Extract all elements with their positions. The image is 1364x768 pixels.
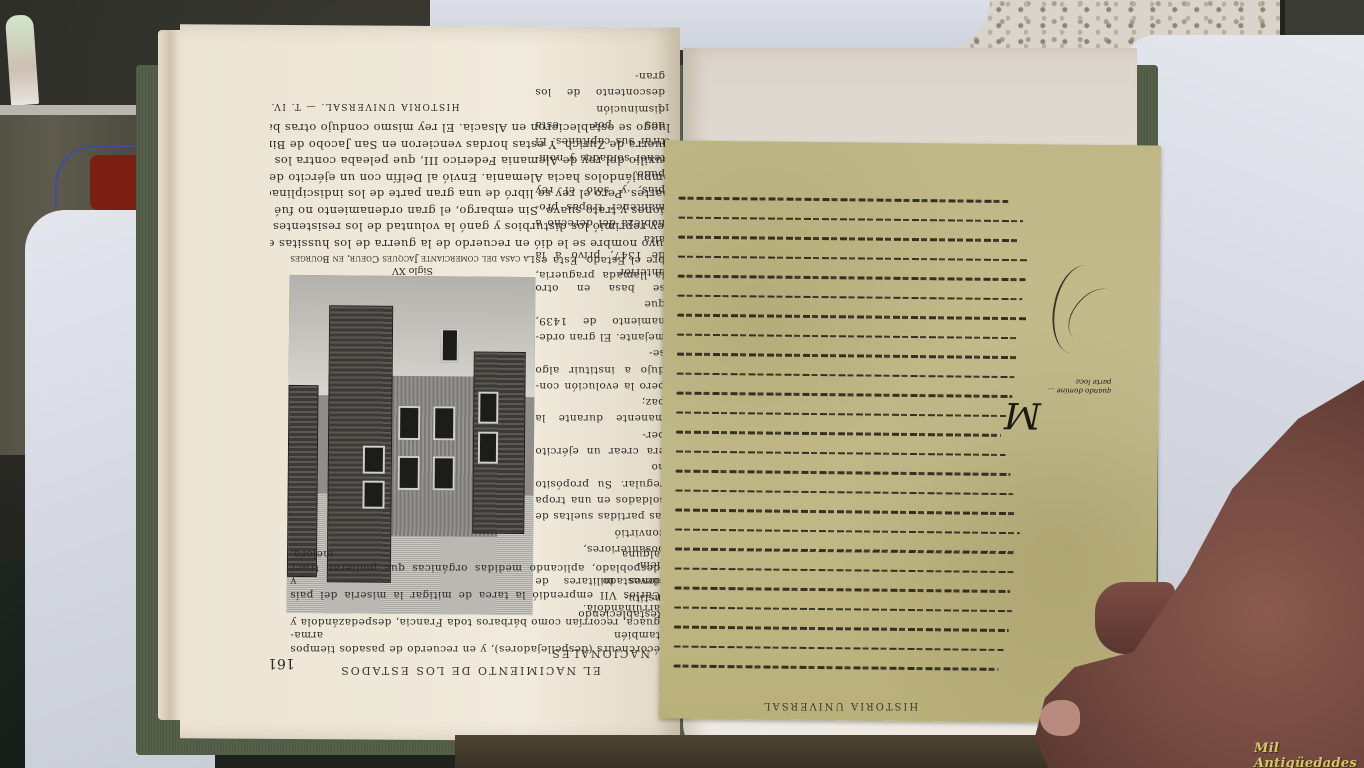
handwriting-line bbox=[676, 470, 1011, 476]
text-line: dos por esta disminución bbox=[535, 101, 665, 134]
handwriting-line bbox=[675, 528, 1020, 534]
engraving-window bbox=[362, 481, 384, 509]
handwriting-line bbox=[676, 450, 1006, 456]
engraving-window bbox=[478, 392, 498, 424]
text-line: bre el Estado. Esta es bbox=[535, 252, 665, 267]
text-line: mantener tropas pro- bbox=[535, 198, 665, 214]
blue-string bbox=[55, 145, 139, 209]
manuscript-facsimile-plate: M quando domine ... parte loca bbox=[659, 140, 1161, 723]
page-number: 161 bbox=[268, 655, 295, 671]
footer-note: HISTORIA UNIVERSAL. — T. IV. bbox=[270, 98, 459, 115]
handwriting-line bbox=[678, 197, 1008, 203]
text-line: era crear un ejército per- bbox=[535, 426, 665, 459]
engraving-window bbox=[433, 456, 455, 490]
engraving-window bbox=[363, 446, 385, 474]
engraving-reflection-window bbox=[441, 328, 459, 362]
handwriting-line bbox=[675, 509, 1015, 515]
text-line: regular. Su propósito no bbox=[535, 459, 665, 492]
handwriting-line bbox=[677, 333, 1017, 339]
handwriting-line bbox=[675, 489, 1013, 495]
handwriting-line bbox=[676, 431, 1001, 437]
right-page-running-footer: HISTORIA UNIVERSAL bbox=[740, 700, 940, 711]
handwriting-line bbox=[674, 645, 1004, 651]
handwriting-line bbox=[677, 353, 1019, 359]
handwriting-line bbox=[674, 665, 999, 671]
engraving-tower-left bbox=[327, 305, 393, 583]
caption-century: Siglo XV bbox=[290, 264, 535, 276]
engraving-window bbox=[398, 406, 420, 440]
thumbnail bbox=[1040, 700, 1080, 736]
handwriting-line bbox=[676, 392, 1012, 398]
handwriting-line bbox=[677, 314, 1027, 320]
text-line: tener soldados y nom- bbox=[535, 149, 665, 165]
handwriting-line bbox=[674, 626, 1009, 632]
text-line: nobleza del derecho a bbox=[535, 215, 665, 231]
text-line: manente durante la paz; bbox=[535, 394, 665, 427]
watermark-logo: Mil Antigüedades bbox=[1254, 741, 1364, 768]
text-line: las partidas sueltas de bbox=[535, 508, 665, 524]
text-line: tirar sus capitanes. El bbox=[535, 133, 665, 149]
text-line: despoblado, aplicando medidas orgánicas … bbox=[290, 547, 660, 574]
handwriting-line bbox=[674, 606, 1012, 612]
text-line: Carlos VII emprendió la tarea de mitigar… bbox=[290, 574, 660, 601]
handwriting-line bbox=[675, 567, 1017, 573]
handwriting-line bbox=[675, 548, 1015, 554]
book-spine-bottom bbox=[455, 735, 1055, 768]
illustration-caption: Siglo XV La casa del comerciante Jacques… bbox=[290, 246, 535, 276]
text-line: descontento de los gran- bbox=[535, 68, 665, 101]
text-line: dujo a instituir algo se- bbox=[535, 345, 665, 378]
handwriting-line bbox=[678, 216, 1023, 222]
text-line: pero la evolución con- bbox=[535, 378, 665, 394]
text-line: pias, y sólo el rey pudo bbox=[535, 166, 665, 199]
handwriting-line bbox=[676, 411, 1006, 417]
engraving-window bbox=[478, 432, 498, 464]
handwriting-line bbox=[678, 236, 1018, 242]
manuscript-margin-note: quando domine ... parte loca bbox=[1036, 376, 1111, 395]
text-line: guaca, recorrían como bárbaros toda Fran… bbox=[290, 601, 660, 628]
engraving-window bbox=[433, 406, 455, 440]
handwriting-line bbox=[677, 372, 1015, 378]
manuscript-initial: M bbox=[1004, 394, 1041, 435]
text-line: mejante. El gran orde- bbox=[535, 329, 665, 345]
running-header: EL NACIMIENTO DE LOS ESTADOS NACIONALES bbox=[290, 660, 650, 678]
side-column-top: la llamada pragueria, bre el Estado. Est… bbox=[535, 250, 665, 282]
caption-title: La casa del comerciante Jacques Coeur, e… bbox=[290, 252, 535, 264]
text-line: soldados en una tropa bbox=[535, 492, 665, 508]
handwriting-line bbox=[677, 294, 1022, 300]
manuscript-handwriting bbox=[673, 197, 1028, 701]
handwriting-line bbox=[678, 255, 1028, 261]
engraving-window bbox=[398, 456, 420, 490]
text-line: namiento de 1439, que bbox=[535, 296, 665, 329]
handwriting-line bbox=[674, 587, 1010, 593]
handwriting-line bbox=[678, 275, 1026, 281]
text-line: la llamada pragueria, bbox=[535, 267, 665, 282]
